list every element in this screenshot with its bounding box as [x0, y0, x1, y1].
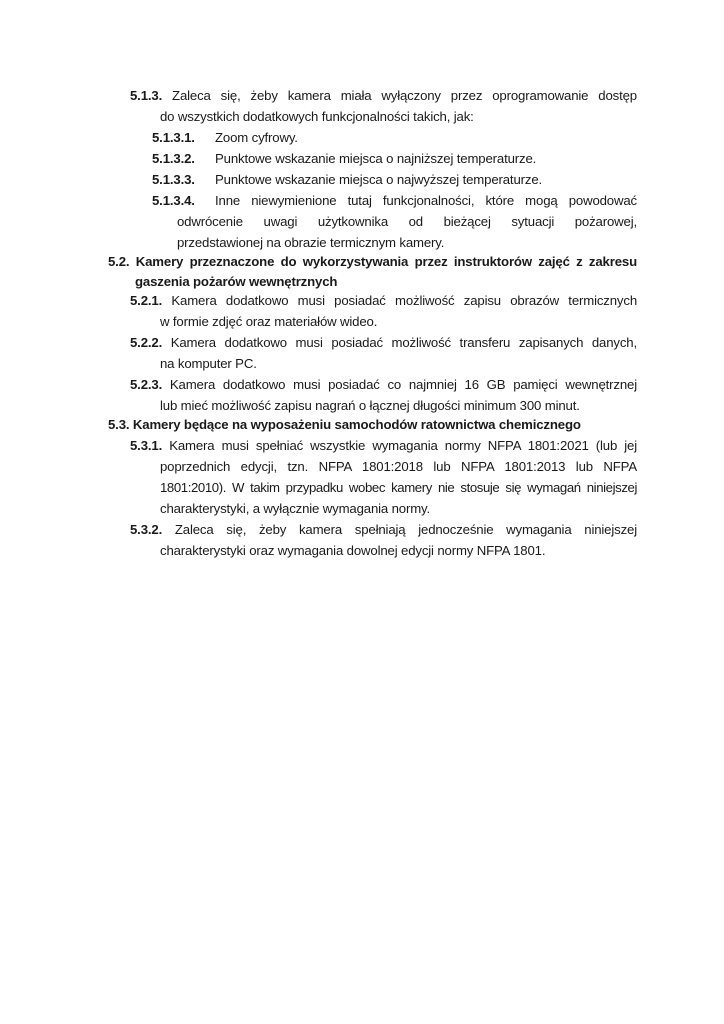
item-5-2-2-line-1: 5.2.2. Kamera dodatkowo musi posiadać mo…: [130, 335, 637, 351]
heading-5-3: 5.3. Kamery będące na wyposażeniu samoch…: [108, 417, 581, 433]
item-5-2-1-line-2: w formie zdjęć oraz materiałów wideo.: [160, 314, 377, 330]
item-5-1-3-4-line-1: Inne niewymienione tutaj funkcjonalności…: [215, 193, 637, 209]
item-5-2-3-line-1: 5.2.3. Kamera dodatkowo musi posiadać co…: [130, 377, 637, 393]
item-5-2-1-line-1: 5.2.1. Kamera dodatkowo musi posiadać mo…: [130, 293, 637, 309]
item-number: 5.2.3.: [130, 377, 162, 392]
item-number: 5.1.3.4.: [152, 193, 195, 209]
item-5-1-3-4-line-3: przedstawionej na obrazie termicznym kam…: [177, 235, 444, 251]
item-5-2-3-line-2: lub mieć możliwość zapisu nagrań o łączn…: [160, 398, 580, 414]
item-5-3-1-line-4: charakterystyki, a wyłącznie wymagania n…: [160, 501, 430, 517]
item-5-3-1-line-3: 1801:2010). W takim przypadku wobec kame…: [160, 480, 637, 496]
item-5-3-2-line-1: 5.3.2. Zaleca się, żeby kamera spełniają…: [130, 522, 637, 538]
item-5-1-3-4-line-2: odwrócenie uwagi użytkownika od bieżącej…: [177, 214, 637, 230]
heading-5-2-line-1: 5.2. Kamery przeznaczone do wykorzystywa…: [108, 254, 637, 270]
section-number: 5.2.: [108, 254, 129, 269]
heading-5-2-line-2: gaszenia pożarów wewnętrznych: [135, 274, 337, 290]
item-number: 5.2.2.: [130, 335, 162, 350]
item-number: 5.1.3.1.: [152, 130, 195, 146]
item-5-3-1-line-1: 5.3.1. Kamera musi spełniać wszystkie wy…: [130, 438, 637, 454]
paragraph-5-1-3-line-2: do wszystkich dodatkowych funkcjonalnośc…: [160, 109, 474, 125]
item-number: 5.3.1.: [130, 438, 162, 453]
document-page: 5.1.3. Zaleca się, żeby kamera miała wył…: [0, 0, 724, 1024]
item-5-2-2-line-2: na komputer PC.: [160, 356, 257, 372]
item-5-3-2-line-2: charakterystyki oraz wymagania dowolnej …: [160, 543, 545, 559]
item-number: 5.2.1.: [130, 293, 162, 308]
item-number: 5.1.3.2.: [152, 151, 195, 167]
paragraph-5-1-3-line-1: 5.1.3. Zaleca się, żeby kamera miała wył…: [130, 88, 637, 104]
item-5-1-3-1-text: Zoom cyfrowy.: [215, 130, 298, 146]
item-number: 5.3.2.: [130, 522, 162, 537]
section-number: 5.3.: [108, 417, 129, 432]
item-5-1-3-3-text: Punktowe wskazanie miejsca o najwyższej …: [215, 172, 542, 188]
item-number: 5.1.3.: [130, 88, 162, 103]
item-5-3-1-line-2: poprzednich edycji, tzn. NFPA 1801:2018 …: [160, 459, 637, 475]
item-5-1-3-2-text: Punktowe wskazanie miejsca o najniższej …: [215, 151, 536, 167]
item-number: 5.1.3.3.: [152, 172, 195, 188]
